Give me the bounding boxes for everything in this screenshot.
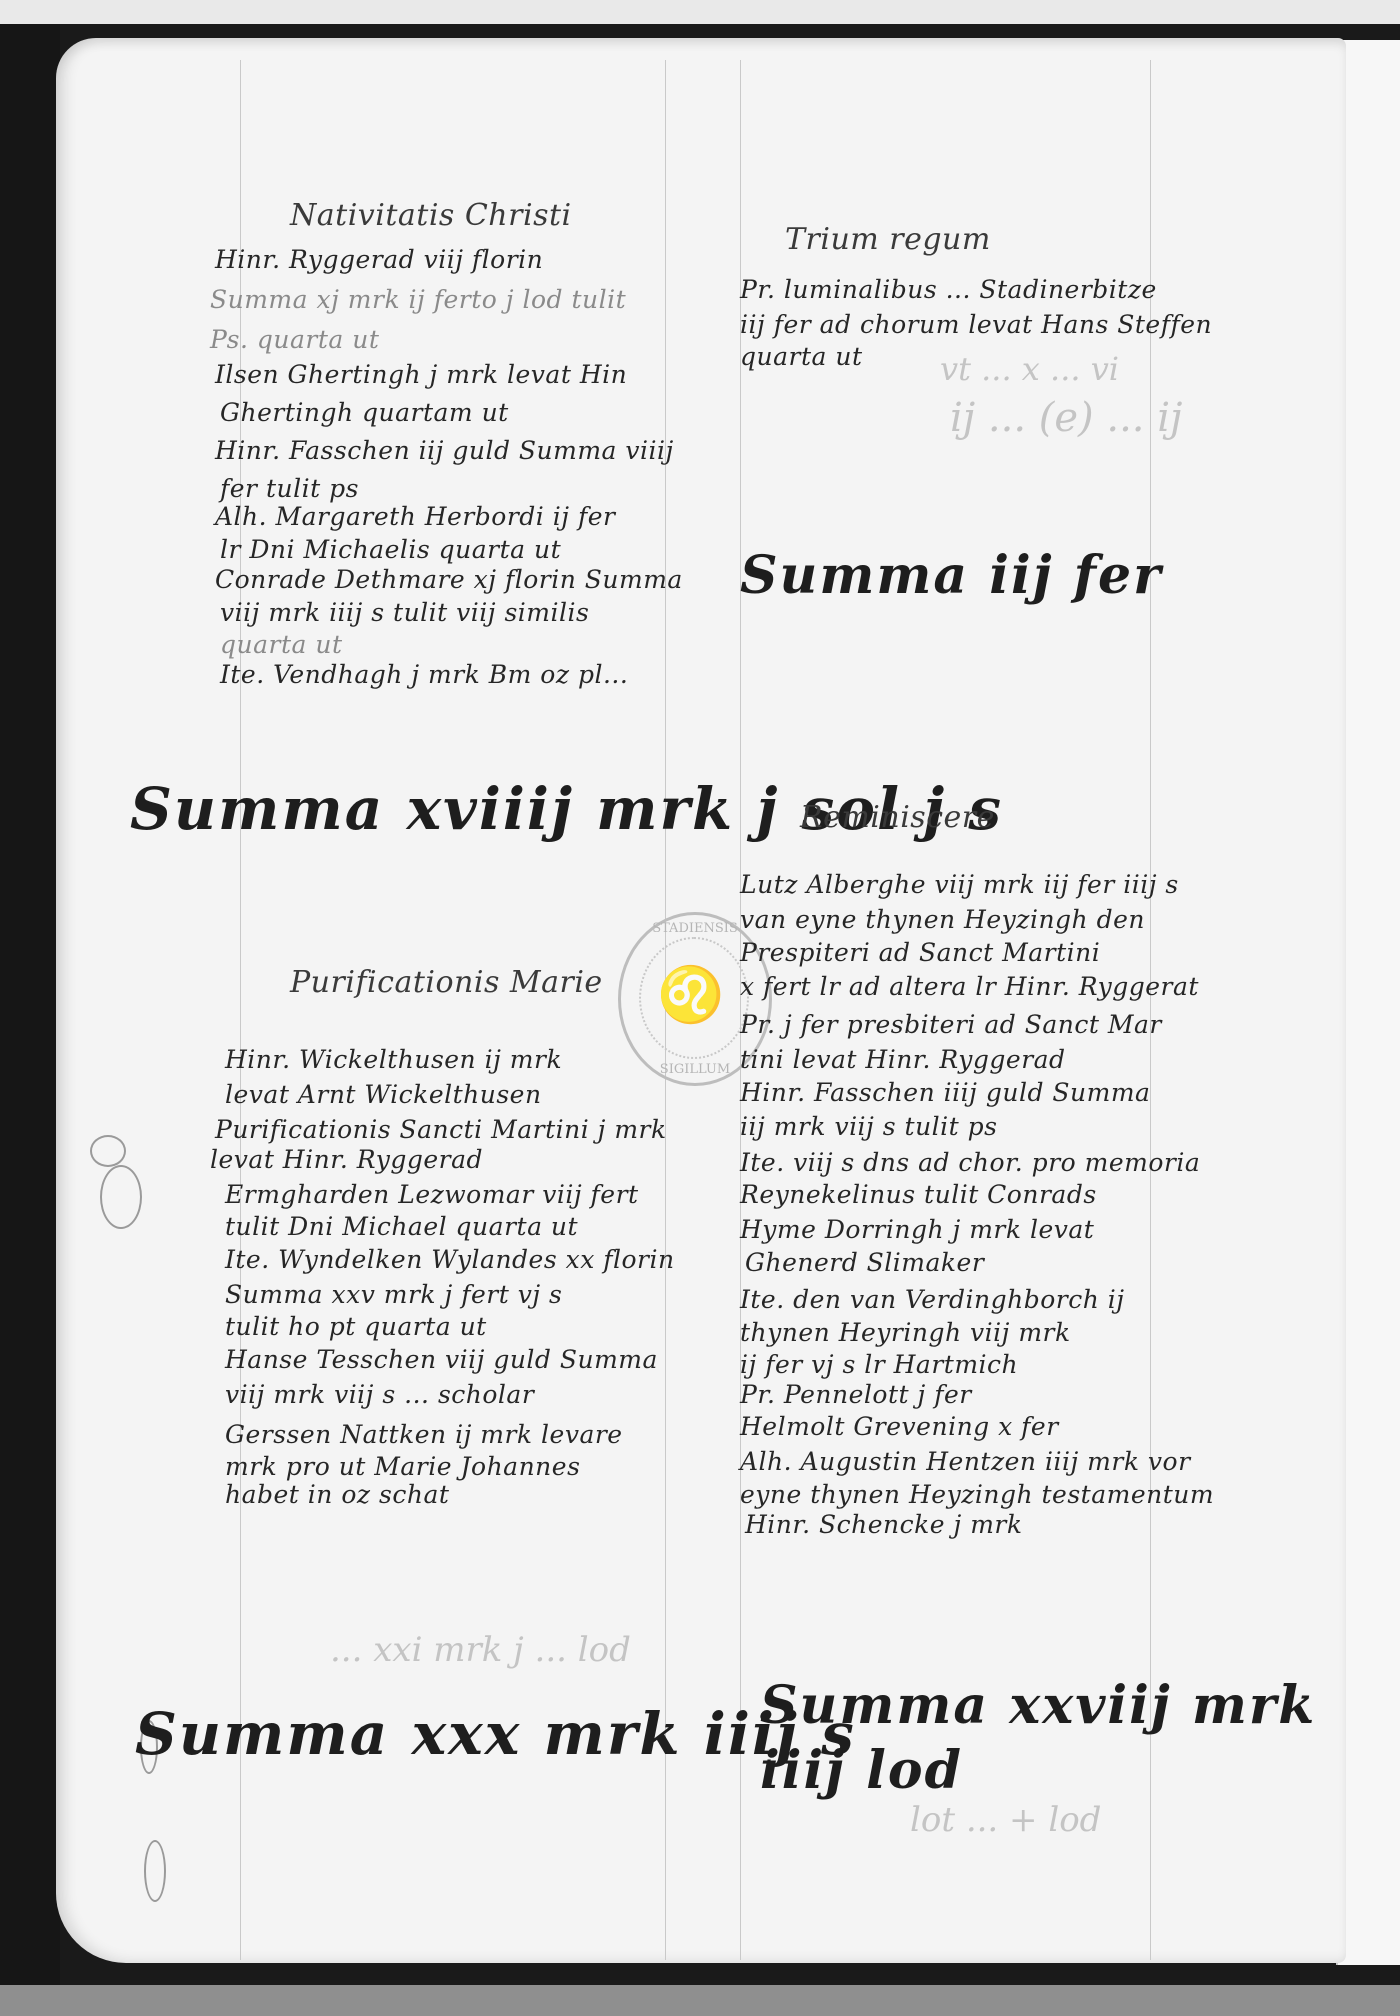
ledger-entry: mrk pro ut Marie Johannes — [225, 1452, 580, 1481]
ledger-entry: Hanse Tesschen viij guld Summa — [225, 1345, 658, 1374]
ledger-entry: Hinr. Fasschen iij guld Summa viiij — [215, 436, 674, 465]
ledger-entry: levat Arnt Wickelthusen — [225, 1080, 542, 1109]
ledger-entry: Ite. viij s dns ad chor. pro memoria — [740, 1148, 1200, 1177]
ledger-entry: Hinr. Ryggerad viij florin — [215, 245, 543, 274]
ledger-entry: Gerssen Nattken ij mrk levare — [225, 1420, 623, 1449]
ledger-entry: habet in oz schat — [225, 1480, 449, 1509]
ledger-entry: Ps. quarta ut — [210, 325, 379, 354]
section-heading: Reminiscere — [800, 800, 995, 835]
ledger-entry: Pr. j fer presbiteri ad Sanct Mar — [740, 1010, 1162, 1039]
ledger-entry: levat Hinr. Ryggerad — [210, 1145, 483, 1174]
ghost-text: lot ... + lod — [910, 1800, 1101, 1840]
margin-flourish-icon — [100, 1165, 142, 1229]
ledger-entry: ij fer vj s lr Hartmich — [740, 1350, 1018, 1379]
ledger-entry: lr Dni Michaelis quarta ut — [220, 535, 561, 564]
ghost-text: ij ... (e) ... ij — [950, 395, 1182, 441]
ledger-entry: Lutz Alberghe viij mrk iij fer iiij s — [740, 870, 1179, 899]
ledger-entry: van eyne thynen Heyzingh den — [740, 905, 1145, 934]
section-heading: Purificationis Marie — [290, 965, 603, 1000]
ledger-entry: Alh. Margareth Herbordi ij fer — [215, 502, 615, 531]
ledger-entry: Pr. luminalibus ... Stadinerbitze — [740, 275, 1157, 304]
ghost-text: ... xxi mrk j ... lod — [330, 1630, 631, 1670]
ledger-entry: Ermgharden Lezwomar viij fert — [225, 1180, 639, 1209]
lion-emblem-icon: ♌ — [657, 963, 724, 1027]
ledger-entry: viij mrk viij s ... scholar — [225, 1380, 534, 1409]
section-total: Summa xxviij mrk — [760, 1675, 1316, 1736]
ledger-entry: tini levat Hinr. Ryggerad — [740, 1045, 1066, 1074]
ledger-entry: Ite. Wyndelken Wylandes xx florin — [225, 1245, 675, 1274]
scan-left-border — [0, 24, 60, 1986]
ledger-entry: iij fer ad chorum levat Hans Steffen — [740, 310, 1212, 339]
margin-flourish-icon — [90, 1135, 126, 1167]
ledger-entry: thynen Heyringh viij mrk — [740, 1318, 1071, 1347]
ledger-entry: viij mrk iiij s tulit viij similis — [220, 598, 589, 627]
ledger-entry: Ite. Vendhagh j mrk Bm oz pl... — [220, 660, 628, 689]
section-total: Summa xxx mrk iiij s — [135, 1700, 856, 1768]
ledger-entry: Prespiteri ad Sanct Martini — [740, 938, 1100, 967]
ledger-entry: Purificationis Sancti Martini j mrk — [215, 1115, 667, 1144]
ledger-entry: Summa xj mrk ij ferto j lod tulit — [210, 285, 626, 314]
scan-top-border — [0, 0, 1400, 24]
ledger-entry: Ilsen Ghertingh j mrk levat Hin — [215, 360, 627, 389]
ghost-text: vt ... x ... vi — [940, 350, 1119, 388]
ledger-entry: quarta ut — [220, 630, 343, 659]
section-heading: Trium regum — [785, 222, 991, 257]
ledger-entry: Pr. Pennelott j fer — [740, 1380, 972, 1409]
ledger-entry: x fert lr ad altera lr Hinr. Ryggerat — [740, 972, 1199, 1001]
ledger-entry: Hyme Dorringh j mrk levat — [740, 1215, 1094, 1244]
ledger-entry: Hinr. Fasschen iiij guld Summa — [740, 1078, 1150, 1107]
ledger-entry: Ghertingh quartam ut — [220, 398, 509, 427]
ledger-entry: tulit ho pt quarta ut — [225, 1312, 487, 1341]
ledger-entry: Conrade Dethmare xj florin Summa — [215, 565, 683, 594]
margin-flourish-icon — [144, 1840, 166, 1902]
scan-bottom-border — [0, 1985, 1400, 2016]
ledger-entry: Hinr. Schencke j mrk — [745, 1510, 1023, 1539]
ledger-entry: Helmolt Grevening x fer — [740, 1412, 1059, 1441]
ledger-entry: Reynekelinus tulit Conrads — [740, 1180, 1097, 1209]
section-total: Summa iij fer — [740, 545, 1162, 606]
section-total-line2: iiij lod — [760, 1740, 963, 1801]
ledger-entry: Summa xxv mrk j fert vj s — [225, 1280, 562, 1309]
ledger-entry: iij mrk viij s tulit ps — [740, 1112, 998, 1141]
ledger-entry: Hinr. Wickelthusen ij mrk — [225, 1045, 562, 1074]
ledger-entry: Ghenerd Slimaker — [745, 1248, 984, 1277]
ledger-entry: Ite. den van Verdinghborch ij — [740, 1285, 1125, 1314]
ledger-entry: quarta ut — [740, 342, 863, 371]
section-heading: Nativitatis Christi — [290, 198, 572, 233]
ledger-entry: fer tulit ps — [220, 474, 359, 503]
ledger-entry: eyne thynen Heyzingh testamentum — [740, 1480, 1214, 1509]
ledger-entry: tulit Dni Michael quarta ut — [225, 1212, 578, 1241]
ledger-entry: Alh. Augustin Hentzen iiij mrk vor — [740, 1447, 1191, 1476]
